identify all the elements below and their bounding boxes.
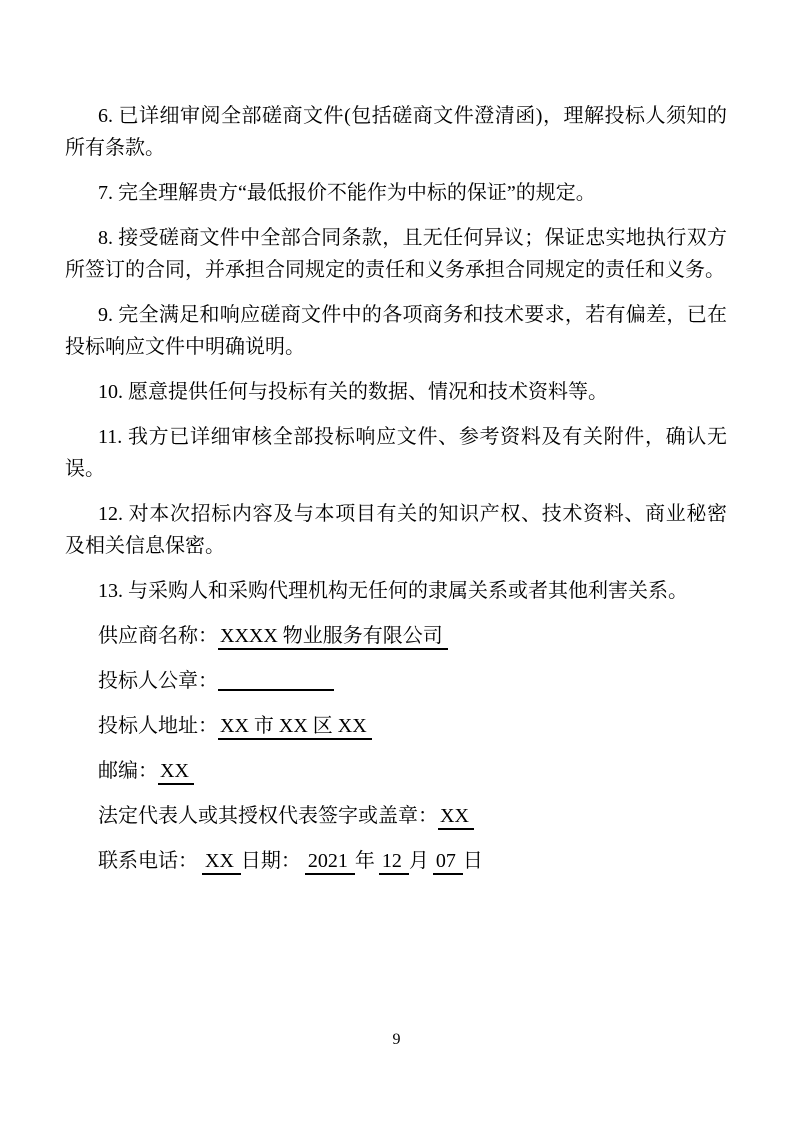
clause-8: 8. 接受磋商文件中全部合同条款，且无任何异议；保证忠实地执行双方所签订的合同，… [65, 222, 727, 286]
contact-phone-value: XX [202, 850, 241, 875]
document-page: 6. 已详细审阅全部磋商文件(包括磋商文件澄清函)，理解投标人须知的所有条款。 … [0, 0, 793, 1122]
clause-7: 7. 完全理解贵方“最低报价不能作为中标的保证”的规定。 [65, 177, 727, 209]
clause-9: 9. 完全满足和响应磋商文件中的各项商务和技术要求，若有偏差，已在投标响应文件中… [65, 299, 727, 363]
date-month-suffix: 月 [409, 850, 429, 872]
clause-11: 11. 我方已详细审核全部投标响应文件、参考资料及有关附件，确认无误。 [65, 421, 727, 485]
bidder-seal-blank-line [218, 669, 334, 691]
clause-6: 6. 已详细审阅全部磋商文件(包括磋商文件澄清函)，理解投标人须知的所有条款。 [65, 100, 727, 164]
clause-12: 12. 对本次招标内容及与本项目有关的知识产权、技术资料、商业秘密及相关信息保密… [65, 498, 727, 562]
legal-representative-label: 法定代表人或其授权代表签字或盖章： [98, 805, 438, 827]
clause-13: 13. 与采购人和采购代理机构无任何的隶属关系或者其他利害关系。 [65, 575, 727, 607]
bidder-address-label: 投标人地址： [98, 715, 218, 737]
clause-10: 10. 愿意提供任何与投标有关的数据、情况和技术资料等。 [65, 376, 727, 408]
legal-representative-value: XX [438, 805, 474, 830]
date-year-suffix: 年 [355, 850, 375, 872]
contact-phone-label: 联系电话： [98, 850, 198, 872]
date-year-value: 2021 [305, 850, 355, 875]
postal-code-value: XX [158, 760, 194, 785]
field-contact-and-date: 联系电话：XX日期：2021年12月07日 [65, 845, 727, 877]
supplier-name-value: XXXX 物业服务有限公司 [218, 625, 448, 650]
field-supplier-name: 供应商名称：XXXX 物业服务有限公司 [65, 620, 727, 652]
date-day-suffix: 日 [463, 850, 483, 872]
field-bidder-seal: 投标人公章： [65, 665, 727, 697]
field-bidder-address: 投标人地址：XX 市 XX 区 XX [65, 710, 727, 742]
date-label: 日期： [241, 850, 301, 872]
bidder-address-value: XX 市 XX 区 XX [218, 715, 372, 740]
field-postal-code: 邮编：XX [65, 755, 727, 787]
page-number: 9 [0, 1032, 793, 1048]
date-month-value: 12 [379, 850, 409, 875]
supplier-name-label: 供应商名称： [98, 625, 218, 647]
postal-code-label: 邮编： [98, 760, 158, 782]
date-day-value: 07 [433, 850, 463, 875]
field-legal-representative: 法定代表人或其授权代表签字或盖章：XX [65, 800, 727, 832]
bidder-seal-label: 投标人公章： [98, 670, 218, 692]
